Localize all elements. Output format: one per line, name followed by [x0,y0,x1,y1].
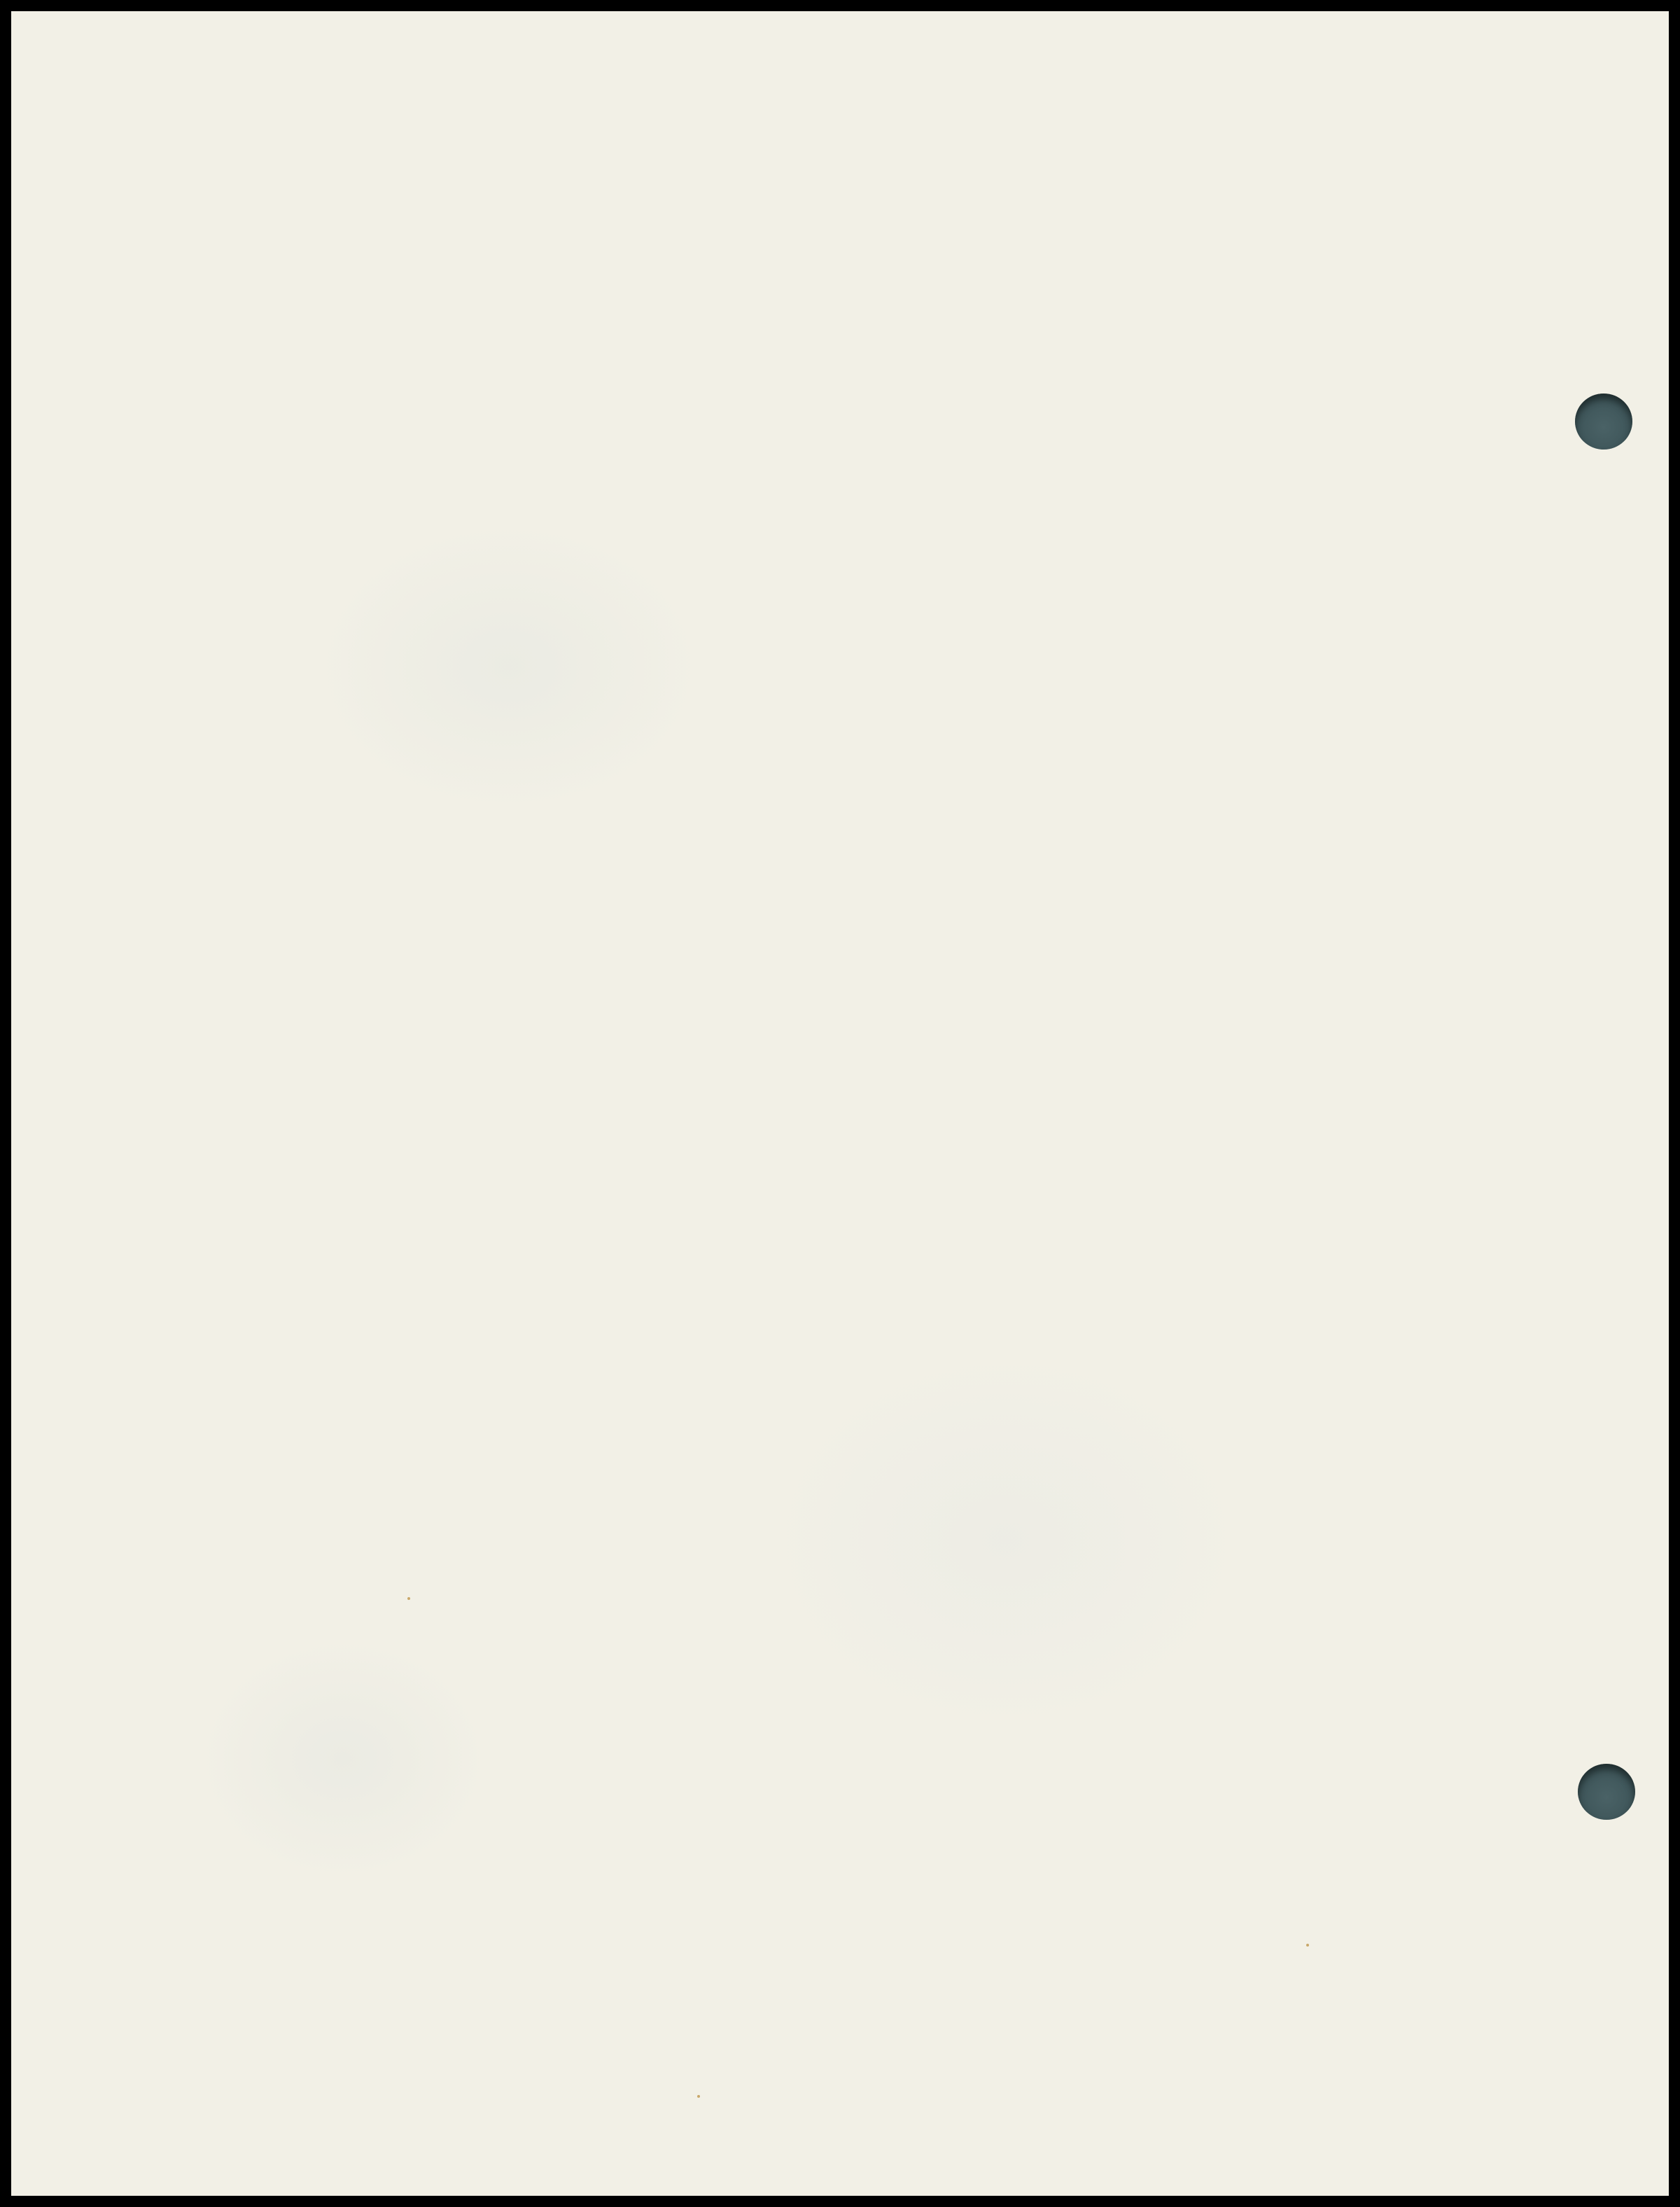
paper-speck [1306,1944,1309,1947]
punch-hole-bottom [1578,1764,1635,1820]
paper-speck [407,1597,410,1600]
punch-hole-top [1575,394,1632,450]
paper-speck [697,2095,700,2098]
blank-page [11,11,1669,2196]
